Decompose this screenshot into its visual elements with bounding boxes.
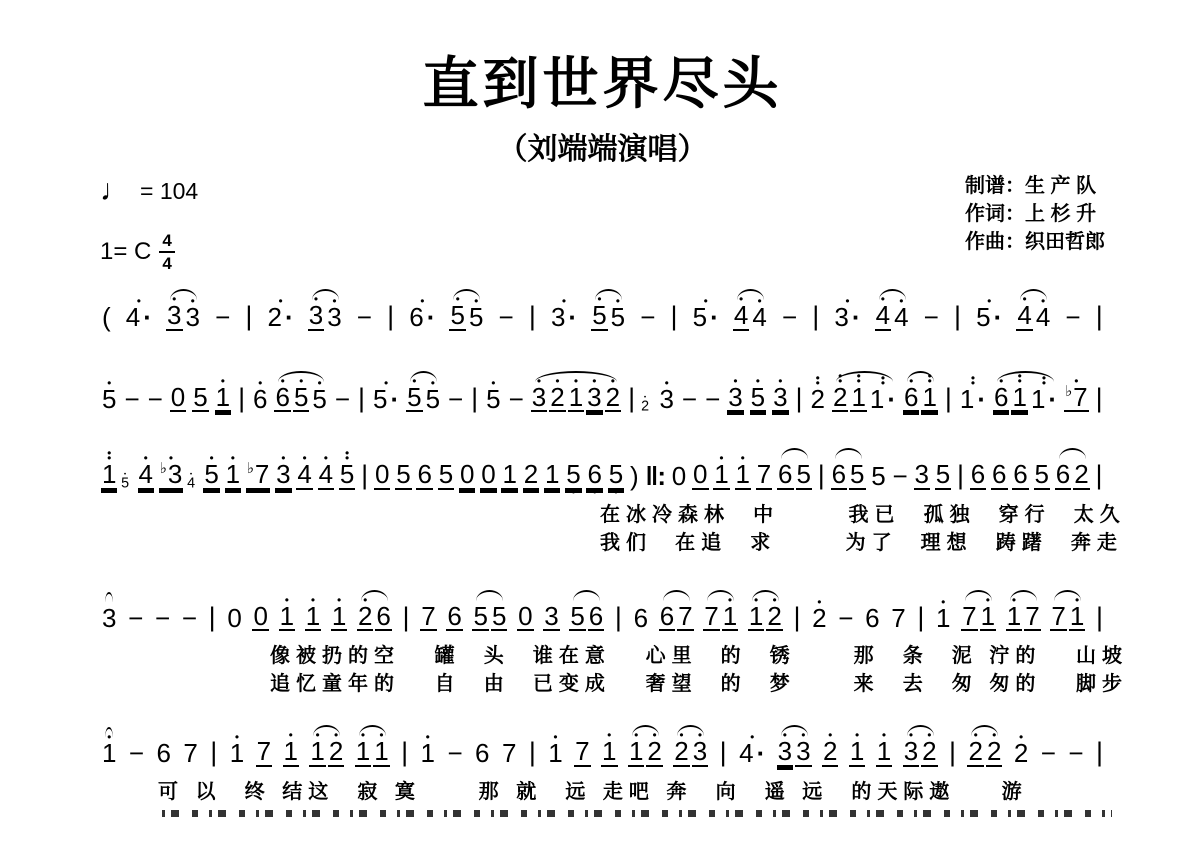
note: 6•	[586, 445, 602, 499]
note: ••5	[339, 445, 355, 499]
note: 0	[480, 445, 496, 499]
barline: |	[953, 287, 962, 340]
note: •3	[903, 722, 919, 776]
note: •3	[795, 722, 811, 776]
slur-group: 65	[830, 445, 867, 499]
barline: |	[470, 369, 479, 422]
note: 6	[375, 587, 391, 641]
note: •4	[187, 467, 196, 495]
key-signature: 1= C 4 4	[100, 232, 198, 272]
note: 6	[416, 445, 432, 499]
dash-rest: −	[128, 724, 145, 776]
note: 7	[890, 589, 906, 641]
note: •1	[309, 722, 325, 776]
note: •4	[1016, 286, 1032, 340]
note: 5	[192, 368, 208, 422]
flat-sign: ♭	[1065, 384, 1072, 401]
note: •5	[591, 286, 607, 340]
note: •1	[373, 722, 389, 776]
slur-group: 7•1	[702, 587, 739, 641]
music-system-4: 3−−−|00•1•1•1•26|76550356|6677•1•1•2|•2−…	[100, 587, 1105, 641]
slur-group: •5•5	[405, 368, 442, 422]
note: 1	[501, 445, 517, 499]
dash-rest: −	[123, 370, 140, 422]
barline: |	[948, 723, 957, 776]
augmentation-dot: ·	[1048, 386, 1057, 413]
note: •5	[311, 370, 327, 422]
note: •5	[750, 368, 766, 422]
slur-group: •26	[356, 587, 393, 641]
augmentation-dot: ·	[390, 386, 399, 413]
barline: |	[386, 287, 395, 340]
note: •4	[733, 286, 749, 340]
barline: |	[627, 369, 636, 422]
dash-rest: −	[1067, 724, 1084, 776]
note: 0	[517, 587, 533, 641]
barline: |	[1095, 287, 1104, 340]
dash-rest: −	[334, 370, 351, 422]
note: ••2	[832, 368, 848, 422]
note: •2	[986, 722, 1002, 776]
note: 5	[491, 587, 507, 641]
note: ••1·	[1030, 370, 1058, 422]
note: 3	[543, 587, 559, 641]
slur-group: •3•3	[165, 286, 202, 340]
time-signature: 4 4	[159, 232, 174, 272]
note: •3·	[833, 288, 861, 340]
note: ••1	[850, 368, 866, 422]
note: ••1	[921, 368, 937, 422]
note: •1	[355, 722, 371, 776]
lyrics-line-2: 我们 在追 求 为了 理想 踌躇 奔走	[100, 529, 1105, 557]
barline: |	[402, 588, 411, 641]
slur-group: •4•4	[732, 286, 769, 340]
note: •6	[252, 370, 268, 422]
dash-rest: −	[154, 589, 171, 641]
note: 7	[501, 724, 517, 776]
slur-group: 67	[658, 587, 695, 641]
note: •1	[420, 724, 436, 776]
header-meta: ♩ = 104 1= C 4 4 制谱：生 产 队 作词：上 杉 升 作曲：织田…	[100, 170, 1105, 272]
note: •4	[751, 288, 767, 340]
barline: |	[1095, 723, 1104, 776]
credit-arranger: 制谱：生 产 队	[965, 172, 1105, 200]
note: 7	[420, 587, 436, 641]
dash-rest: −	[1064, 288, 1081, 340]
slur-group: 7•1	[960, 587, 997, 641]
slur-group: •6•5•5	[273, 368, 328, 422]
barline: |	[360, 446, 369, 499]
note: •3	[166, 286, 182, 340]
augmentation-dot: ·	[977, 386, 986, 413]
note: 7	[182, 724, 198, 776]
note: •2	[328, 722, 344, 776]
note: •3	[692, 722, 708, 776]
note: 6	[1012, 445, 1028, 499]
dash-rest: −	[837, 589, 854, 641]
lyrics-line-4: 追忆童年的 自 由 已变成 奢望 的 梦 来 去 匆 匆的 脚步	[100, 670, 1105, 698]
note: •2	[357, 587, 373, 641]
barline: |	[208, 588, 217, 641]
note: 0	[252, 587, 268, 641]
barline: |	[817, 446, 826, 499]
slur-group: 55	[471, 587, 508, 641]
key-label: 1= C	[100, 238, 151, 266]
repeat-start-sign: ‖:	[644, 447, 666, 499]
note: 6	[474, 724, 490, 776]
note: ••1·	[959, 370, 987, 422]
note: 5	[438, 445, 454, 499]
credit-lyricist: 作词：上 杉 升	[965, 200, 1105, 228]
note: •3	[727, 368, 743, 422]
note: •1	[1006, 587, 1022, 641]
dash-rest: −	[508, 370, 525, 422]
note: •1	[601, 722, 617, 776]
note: 5	[935, 445, 951, 499]
note: •2	[822, 722, 838, 776]
note: 5	[1034, 445, 1050, 499]
note: •4	[893, 288, 909, 340]
slur-group: •2•3	[672, 722, 709, 776]
lyrics-block-2: 像被扔的空 罐 头 谁在意 心里 的 锈 那 条 泥 泞的 山坡 追忆童年的 自…	[100, 642, 1105, 698]
note: 0	[671, 447, 687, 499]
note: •4	[1035, 288, 1051, 340]
note: •5	[425, 370, 441, 422]
dash-rest: −	[781, 288, 798, 340]
song-title: 直到世界尽头	[100, 40, 1105, 120]
note: •2	[811, 589, 827, 641]
note: 5	[569, 587, 585, 641]
note: •3	[777, 722, 793, 776]
lyrics-line-3: 像被扔的空 罐 头 谁在意 心里 的 锈 那 条 泥 泞的 山坡	[100, 642, 1105, 670]
note: 5	[472, 587, 488, 641]
note: 5•	[608, 445, 624, 499]
slur-group: •2•2	[966, 722, 1003, 776]
barline: |	[528, 287, 537, 340]
note: •1	[876, 722, 892, 776]
note: 7	[256, 722, 272, 776]
augmentation-dot: ·	[852, 304, 861, 331]
note: 7	[1050, 587, 1066, 641]
note: •1	[1069, 587, 1085, 641]
note: 6	[156, 724, 172, 776]
note: 0	[374, 445, 390, 499]
close-paren: )	[629, 447, 640, 499]
slur-group: •6••1	[902, 368, 939, 422]
dash-rest: −	[639, 288, 656, 340]
barline: |	[1095, 446, 1104, 499]
slur-group: •1•2	[747, 587, 784, 641]
note: 7	[574, 722, 590, 776]
note: •1	[279, 587, 295, 641]
note: •1	[735, 445, 751, 499]
cropped-bottom-lyrics	[162, 810, 1112, 817]
augmentation-dot: ·	[994, 304, 1003, 331]
note: •3	[275, 445, 291, 499]
barline: |	[719, 723, 728, 776]
note: ••1	[101, 445, 117, 499]
slur-group: •1	[100, 724, 118, 776]
slur-group: •6••1••1·	[992, 368, 1059, 422]
augmentation-dot: ·	[427, 304, 436, 331]
flat-sign: ♭	[247, 461, 254, 478]
note: •5·	[975, 288, 1003, 340]
note: •3·	[550, 288, 578, 340]
barline: |	[916, 588, 925, 641]
slur-group: 56	[568, 587, 605, 641]
barline: |	[528, 723, 537, 776]
note: •5	[406, 368, 422, 422]
dash-rest: −	[147, 370, 164, 422]
note: 5	[796, 445, 812, 499]
open-paren: (	[101, 288, 112, 340]
note: •4·	[125, 288, 153, 340]
barline: |	[244, 287, 253, 340]
lyrics-block-3: 可 以 终 结这 寂 寞 那 就 远 走吧 奔 向 遥 远 的天际遨 游	[100, 778, 1105, 817]
note: •1	[980, 587, 996, 641]
note: 6	[633, 589, 649, 641]
note: 6	[970, 445, 986, 499]
slur-group: 7•1	[1049, 587, 1086, 641]
note: •1	[225, 445, 241, 499]
note: •2	[967, 722, 983, 776]
note: 7	[756, 445, 772, 499]
note: 6	[1055, 445, 1071, 499]
time-signature-numerator: 4	[159, 232, 174, 253]
augmentation-dot: ·	[757, 740, 766, 767]
note: •2	[673, 722, 689, 776]
note: •4	[875, 286, 891, 340]
note: 7	[677, 587, 693, 641]
sheet-music-page: 直到世界尽头 （刘端端演唱） ♩ = 104 1= C 4 4 制谱：生 产 队…	[0, 0, 1200, 850]
note: •3	[772, 368, 788, 422]
note: ♭7	[246, 445, 271, 499]
note: 5•	[565, 445, 581, 499]
grace-note: •4	[186, 467, 196, 495]
credit-composer: 作曲：织田哲郎	[965, 228, 1105, 256]
barline: |	[357, 369, 366, 422]
grace-note: •5	[120, 467, 130, 495]
note: 6	[777, 445, 793, 499]
barline: |	[209, 723, 218, 776]
note: 6	[446, 587, 462, 641]
note: •2	[1013, 724, 1029, 776]
slur-group: •5•5	[448, 286, 485, 340]
dash-rest: −	[892, 447, 909, 499]
note: •5·	[692, 288, 720, 340]
barline: |	[237, 369, 246, 422]
dash-rest: −	[704, 370, 721, 422]
note: •5	[468, 288, 484, 340]
note: •3	[185, 288, 201, 340]
augmentation-dot: ·	[710, 304, 719, 331]
barline: |	[811, 287, 820, 340]
note: •1	[849, 722, 865, 776]
barline: |	[670, 287, 679, 340]
note: •1	[628, 722, 644, 776]
note: 5	[395, 445, 411, 499]
note: •6	[993, 368, 1009, 422]
note: •5	[101, 370, 117, 422]
slur-group: ••2••1••1·	[831, 368, 898, 422]
augmentation-dot: ·	[887, 386, 896, 413]
note: •2	[549, 368, 565, 422]
note: •5	[610, 288, 626, 340]
note: •1	[215, 368, 231, 422]
dash-rest: −	[181, 589, 198, 641]
dash-rest: −	[127, 589, 144, 641]
note: •4·	[738, 724, 766, 776]
meta-left: ♩ = 104 1= C 4 4	[100, 170, 198, 272]
music-system-1: (•4·•3•3−|•2·•3•3−|•6·•5•5−|•3·•5•5−|•5·…	[100, 286, 1105, 340]
lyrics-line-1: 在冰冷森林 中 我已 孤独 穿行 太久	[100, 501, 1105, 529]
barline: |	[792, 588, 801, 641]
dash-rest: −	[923, 288, 940, 340]
quarter-note-icon: ♩	[100, 176, 130, 206]
note: •5	[203, 445, 219, 499]
barline: |	[400, 723, 409, 776]
dash-rest: −	[214, 288, 231, 340]
note: 2	[523, 445, 539, 499]
note: •5·	[372, 370, 400, 422]
dash-rest: −	[356, 288, 373, 340]
flat-sign: ♭	[160, 461, 167, 478]
note: 6	[588, 587, 604, 641]
note: •2·	[267, 288, 295, 340]
slur-group: •3•2	[902, 722, 939, 776]
grace-note: •2	[640, 389, 650, 417]
note: •1	[283, 722, 299, 776]
music-system-5: •1−67|•17•1•1•2•1•1|•1−67|•17•1•1•2•2•3|…	[100, 722, 1105, 776]
note: 1	[544, 445, 560, 499]
slur-group: •3•2•1•3•2	[530, 368, 622, 422]
slur-group: •4•4	[1015, 286, 1052, 340]
barline: |	[956, 446, 965, 499]
note: 5	[870, 447, 886, 499]
note: 7	[1024, 587, 1040, 641]
lyrics-line-5: 可 以 终 结这 寂 寞 那 就 远 走吧 奔 向 遥 远 的天际遨 游	[100, 778, 1105, 806]
credits-block: 制谱：生 产 队 作词：上 杉 升 作曲：织田哲郎	[965, 172, 1105, 272]
slur-group: •1•2	[308, 722, 345, 776]
dash-rest: −	[1040, 724, 1057, 776]
note: •♭7	[1064, 368, 1089, 422]
note: •2	[766, 587, 782, 641]
note: •4	[296, 445, 312, 499]
note: •2	[605, 368, 621, 422]
slur-group: •1•1	[354, 722, 391, 776]
note: •1	[547, 724, 563, 776]
note: 6	[831, 445, 847, 499]
note: •3	[586, 368, 602, 422]
note: •1	[935, 589, 951, 641]
note: •3	[531, 368, 547, 422]
barline: |	[1095, 588, 1104, 641]
slur-group: 62	[1054, 445, 1091, 499]
note: 3	[101, 589, 117, 641]
note: 7	[703, 587, 719, 641]
music-system-2: •5−−05•1|•6•6•5•5−|•5·•5•5−|•5−•3•2•1•3•…	[100, 368, 1105, 422]
barline: |	[944, 369, 953, 422]
tempo-marking: ♩ = 104	[100, 176, 198, 206]
augmentation-dot: ·	[568, 304, 577, 331]
dash-rest: −	[446, 724, 463, 776]
note: •3	[658, 370, 674, 422]
note: 0	[226, 589, 242, 641]
slur-group: •4•4	[874, 286, 911, 340]
note: •5	[293, 368, 309, 422]
note: •4	[318, 445, 334, 499]
note: •1	[713, 445, 729, 499]
note: •1	[748, 587, 764, 641]
note: ••1	[1011, 368, 1027, 422]
lyrics-block-1: 在冰冷森林 中 我已 孤独 穿行 太久 我们 在追 求 为了 理想 踌躇 奔走	[100, 501, 1105, 557]
note: •1	[101, 724, 117, 776]
note: •1	[722, 587, 738, 641]
augmentation-dot: ·	[285, 304, 294, 331]
note: •5	[121, 467, 130, 495]
tempo-value: = 104	[140, 178, 198, 205]
note: •4	[138, 445, 154, 499]
slur-group: •3•3	[307, 286, 344, 340]
dash-rest: −	[447, 370, 464, 422]
note: •1	[305, 587, 321, 641]
slur-group: •3•3	[776, 722, 813, 776]
note: ••1·	[869, 370, 897, 422]
slur-group: 65	[776, 445, 813, 499]
time-signature-denominator: 4	[162, 253, 171, 272]
note: •6	[903, 368, 919, 422]
note: 0	[459, 445, 475, 499]
slur-group: 3	[100, 589, 118, 641]
augmentation-dot: ·	[143, 304, 152, 331]
note: 6	[659, 587, 675, 641]
note: •3	[308, 286, 324, 340]
note: •2	[646, 722, 662, 776]
note: •5	[449, 286, 465, 340]
barline: |	[614, 588, 623, 641]
note: •1	[331, 587, 347, 641]
note: 0	[692, 445, 708, 499]
note: •1	[229, 724, 245, 776]
note: •2	[641, 389, 650, 417]
performer-subtitle: （刘端端演唱）	[100, 124, 1105, 168]
barline: |	[795, 369, 804, 422]
barline: |	[1095, 369, 1104, 422]
note: 6	[991, 445, 1007, 499]
note: •1	[568, 368, 584, 422]
note: 3	[914, 445, 930, 499]
music-system-3: ••1•5•4•♭3•4•5•1♭7•3•4•4••5|0565001215•6…	[100, 445, 1105, 499]
dash-rest: −	[681, 370, 698, 422]
note: 7	[961, 587, 977, 641]
note: •6·	[408, 288, 436, 340]
note: •♭3	[159, 445, 184, 499]
note: 6	[864, 589, 880, 641]
note: 5	[849, 445, 865, 499]
note: •6	[274, 368, 290, 422]
slur-group: •5•5	[590, 286, 627, 340]
note: •2	[921, 722, 937, 776]
slur-group: •17	[1005, 587, 1042, 641]
note: •3	[326, 288, 342, 340]
note: •5	[485, 370, 501, 422]
slur-group: •1•2	[627, 722, 664, 776]
note: ••2	[810, 370, 826, 422]
dash-rest: −	[498, 288, 515, 340]
note: 0	[170, 368, 186, 422]
note: 2	[1073, 445, 1089, 499]
